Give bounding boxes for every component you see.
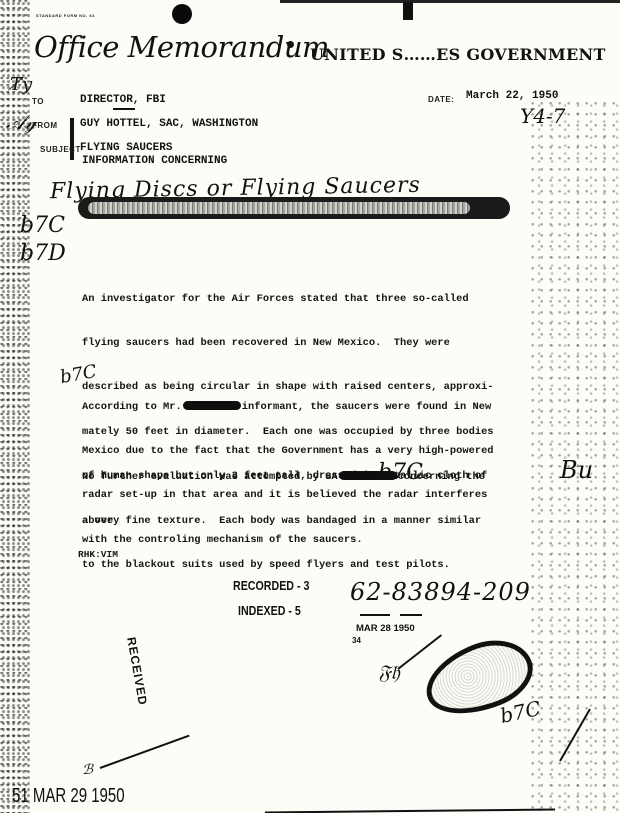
date-label: DATE: <box>428 95 454 104</box>
paragraph-line: No further evaluation was attempted by S… <box>82 470 485 485</box>
margin-note-b7c: b7C <box>20 213 65 238</box>
file-number: 62-83894-209 <box>350 578 531 606</box>
subject-line-2: INFORMATION CONCERNING <box>82 155 227 167</box>
typist-initials: RHK:VIM <box>78 548 118 563</box>
file-number-underline <box>360 614 390 616</box>
bottom-scribble: ℬ <box>82 762 93 778</box>
pen-stroke <box>397 634 442 669</box>
bottom-date-stamp: 51 MAR 29 1950 <box>12 785 125 808</box>
redaction <box>183 401 241 410</box>
form-number: STANDARD FORM NO. 64 <box>36 13 95 18</box>
paragraph-line: above. <box>82 514 485 529</box>
paragraph-line: An investigator for the Air Forces state… <box>82 292 494 307</box>
agency-name: UNITED S……ES GOVERNMENT <box>310 45 606 64</box>
file-date-prefix: 34 <box>352 636 361 645</box>
paragraph-4: No further evaluation was attempted by S… <box>82 440 485 558</box>
pen-stroke-bottom <box>100 735 190 769</box>
from-value: GUY HOTTEL, SAC, WASHINGTON <box>80 118 258 130</box>
indexed-stamp: INDEXED - 5 <box>238 603 301 618</box>
text: According to Mr. <box>82 401 182 413</box>
top-edge-line <box>280 0 620 3</box>
text: No further evaluation was attempted by S… <box>82 471 338 483</box>
margin-initial-1: Ⱦy <box>10 74 32 95</box>
punch-hole <box>172 4 192 24</box>
to-label: TO <box>32 97 44 106</box>
redaction-block <box>78 197 510 219</box>
file-date-stamp: MAR 28 1950 <box>356 623 415 634</box>
margin-initial-2: 𝒜𝓎 <box>6 110 37 134</box>
title-separator-dot <box>287 41 294 48</box>
subject-line-1: FLYING SAUCERS <box>80 142 172 154</box>
file-number-underline <box>400 614 422 616</box>
paragraph-line: According to Mr.informant, the saucers w… <box>82 400 494 415</box>
to-value: DIRECTOR, FBI <box>80 94 166 106</box>
received-stamp: RECEIVED <box>124 636 150 707</box>
memo-page: STANDARD FORM NO. 64 Office Memorandum U… <box>0 0 620 813</box>
handwritten-initials: Bu <box>560 456 593 484</box>
margin-note-b7d: b7D <box>20 241 66 266</box>
top-edge-mark <box>403 2 413 20</box>
date-value: March 22, 1950 <box>466 90 558 102</box>
bottom-edge-line <box>265 808 555 813</box>
to-underline <box>113 108 135 110</box>
recorded-stamp: RECORDED - 3 <box>233 578 309 593</box>
signature-scribble: 𝔉𝔥 <box>378 660 400 684</box>
margin-note-b7c-3: b7C <box>378 460 423 485</box>
subject-label: SUBJECT <box>40 145 81 154</box>
memo-title: Office Memorandum <box>34 30 329 64</box>
handwritten-date-note: Y4-7 <box>520 104 565 128</box>
paragraph-line: flying saucers had been recovered in New… <box>82 336 494 351</box>
text: informant, the saucers were found in New <box>242 401 491 413</box>
